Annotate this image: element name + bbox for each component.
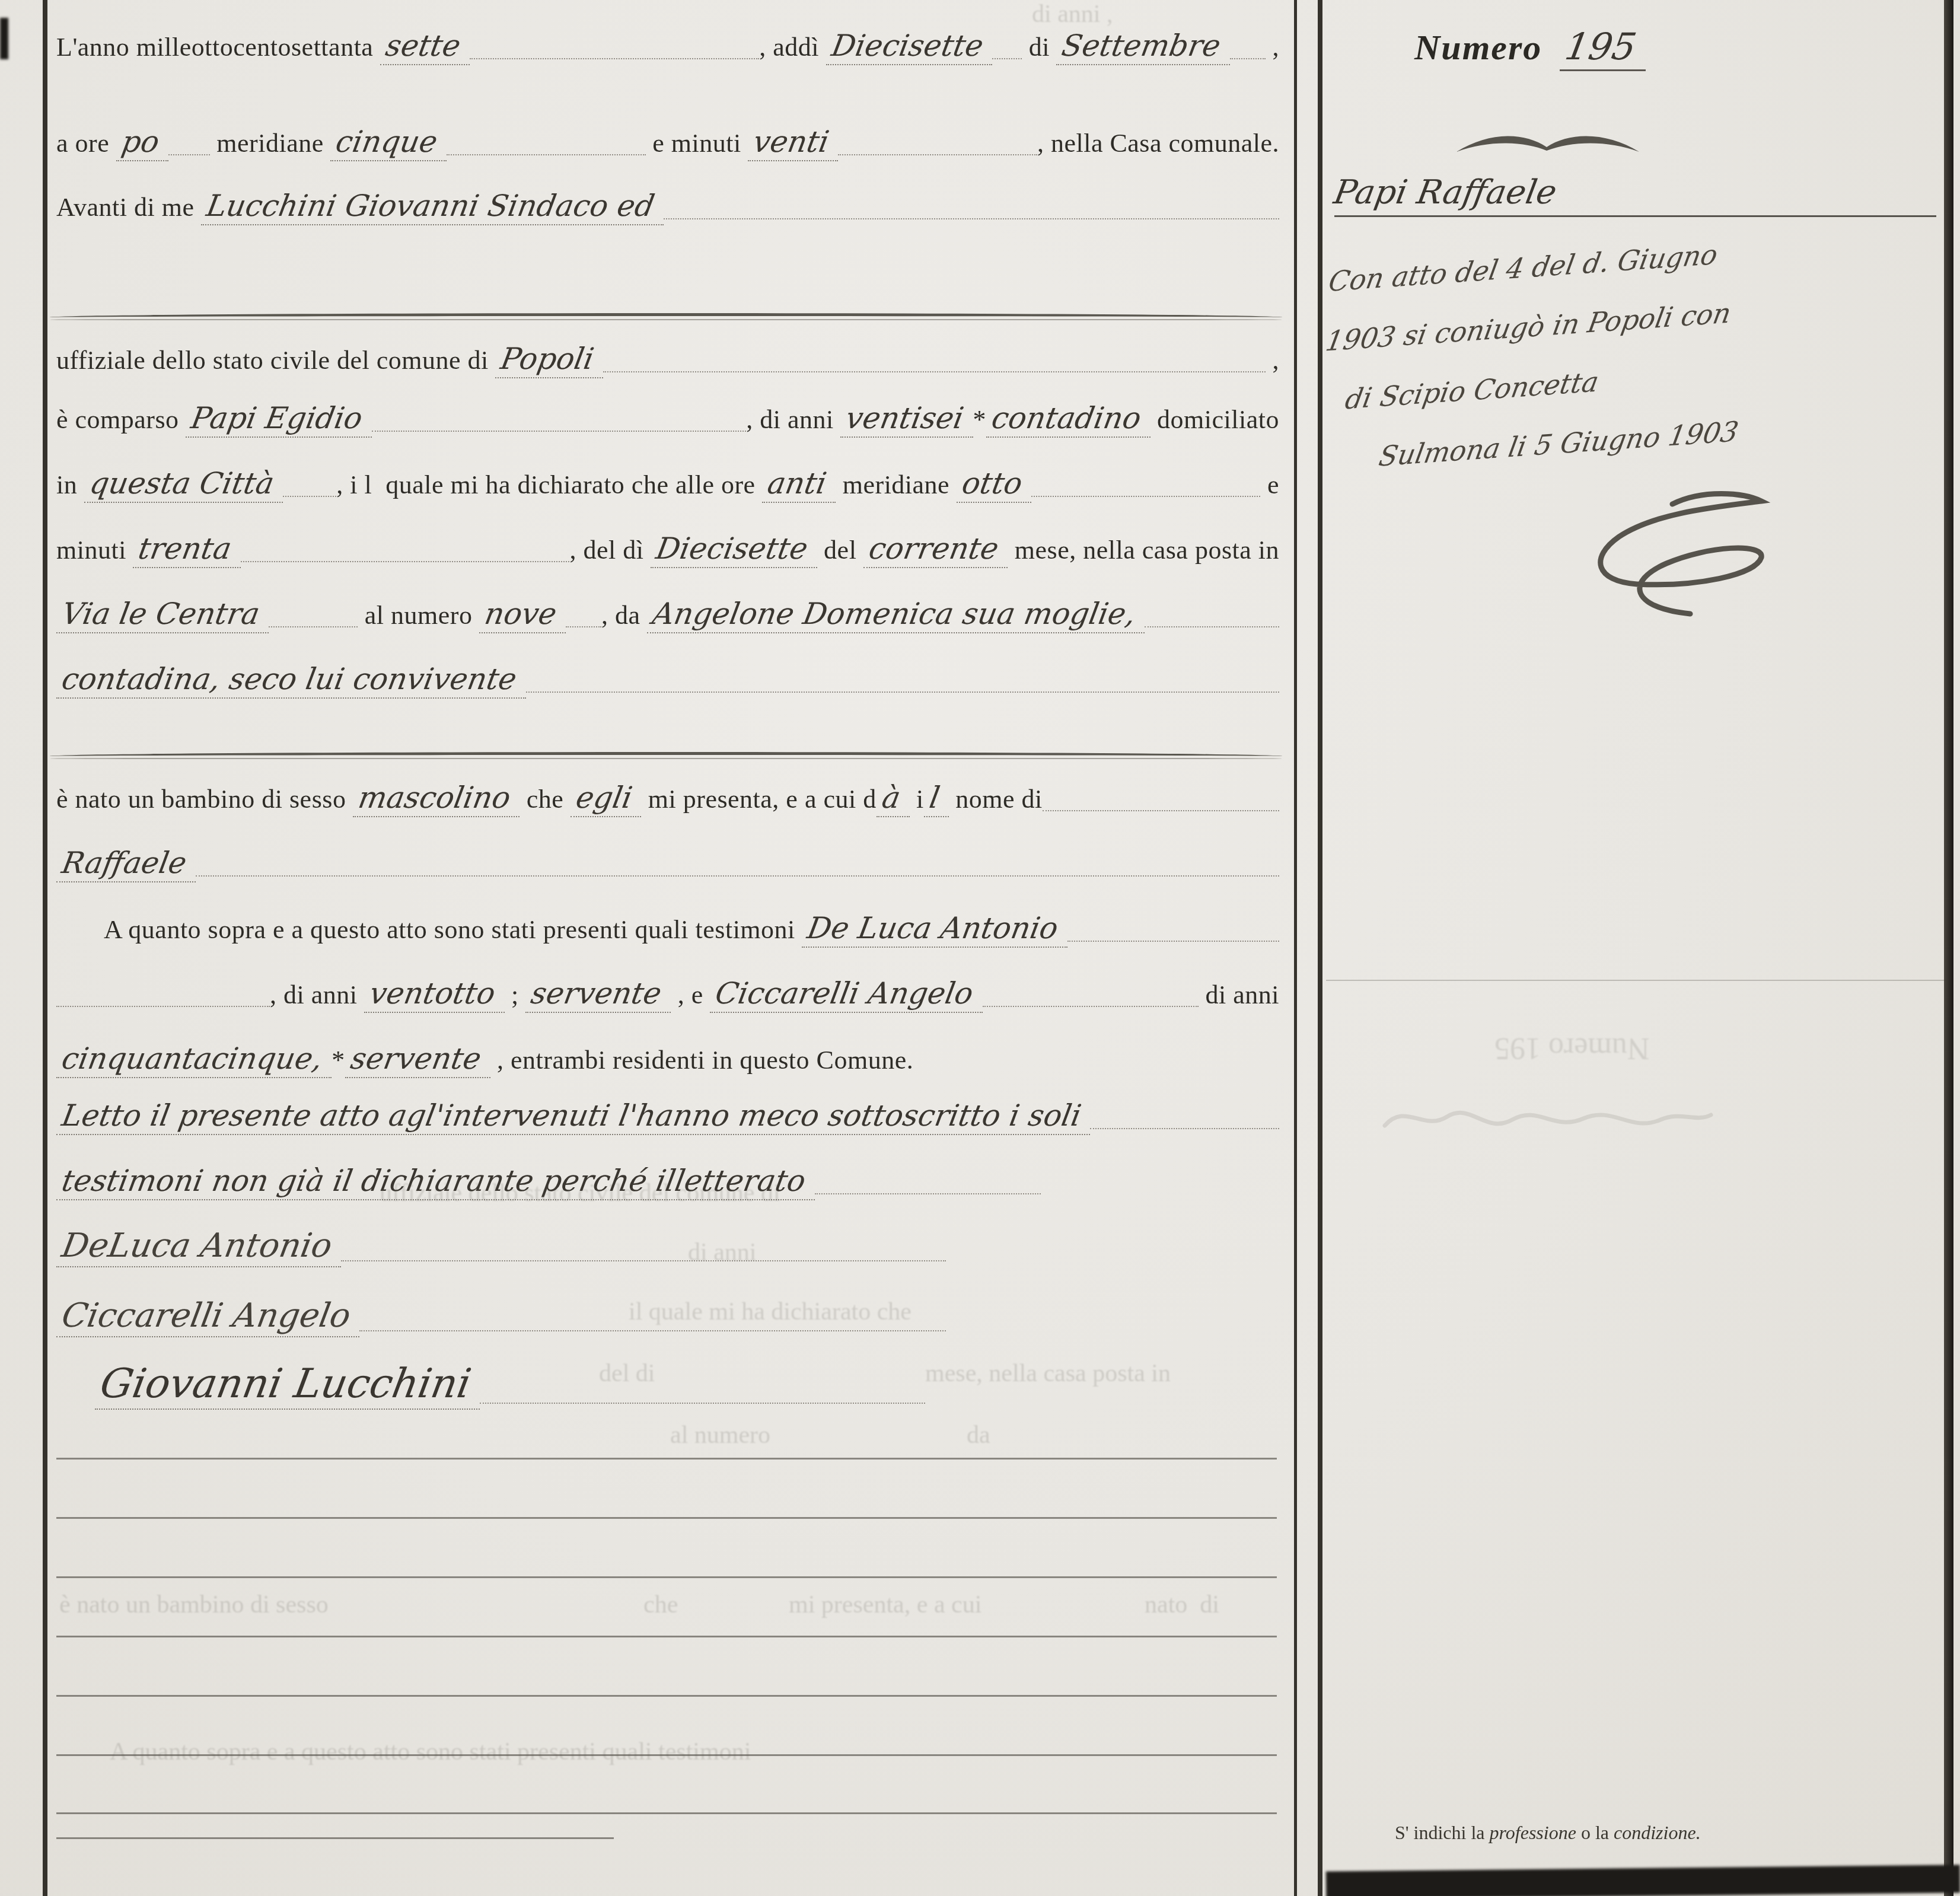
printed-meridiane: meridiane xyxy=(836,470,956,500)
bleedthrough-text: di anni , xyxy=(1032,0,1113,28)
empty-ruled-line xyxy=(56,1517,1277,1519)
blank-rule xyxy=(168,152,210,155)
official-signature: Giovanni Lucchini xyxy=(95,1360,480,1410)
blank-rule xyxy=(283,493,336,497)
blank-rule xyxy=(566,624,601,627)
handwriting-day: Diecisette xyxy=(828,28,986,63)
printed-addi: , addì xyxy=(759,32,826,62)
fill-birth-day: Diecisette xyxy=(651,531,817,568)
handwriting-street: Via le Centra xyxy=(59,597,262,631)
fill-witness1-name: De Luca Antonio xyxy=(802,911,1067,948)
act-line-time: a ore po meridiane cinque e minuti venti… xyxy=(56,125,1279,161)
printed-che: che xyxy=(520,784,571,814)
act-line-newborn: è nato un bambino di sesso mascolino che… xyxy=(56,780,1279,817)
handwriting-child-name: Raffaele xyxy=(59,846,189,880)
fill-minutes: venti xyxy=(748,125,838,161)
fill-comune: Popoli xyxy=(495,342,603,378)
fill-birth-meridian-prefix: anti xyxy=(762,466,836,503)
handwriting-official-name: Lucchini Giovanni Sindaco ed xyxy=(204,189,657,223)
handwriting-witness2-age: cinquantacinque, xyxy=(59,1041,325,1076)
printed-entrambi-residenti: , entrambi residenti in questo Comune. xyxy=(490,1045,914,1075)
blank-rule xyxy=(56,1003,270,1007)
bleedthrough-text: mi presenta, e a cui xyxy=(789,1591,981,1619)
fill-birth-month: corrente xyxy=(863,531,1008,568)
printed-domiciliato: domiciliato xyxy=(1150,404,1279,435)
blank-rule xyxy=(1043,808,1279,811)
handwriting-birth-hour: otto xyxy=(960,466,1025,501)
act-line-residence: in questa Città , i l quale mi ha dichia… xyxy=(56,466,1279,503)
handwriting-note-3: di Scipio Concetta xyxy=(1343,365,1601,416)
printed-avanti-di-me: Avanti di me xyxy=(56,192,201,222)
bleedthrough-text: di anni xyxy=(688,1238,756,1267)
handwriting-note-2: 1903 si coniugò in Popoli con xyxy=(1323,297,1733,358)
printed-mi-presenta: mi presenta, e a cui d xyxy=(641,784,876,814)
handwriting-witness1-age: ventotto xyxy=(367,976,498,1011)
act-line-witness2-details: cinquantacinque, * servente , entrambi r… xyxy=(56,1041,1279,1078)
handwriting-witness2-name: Ciccarelli Angelo xyxy=(713,976,976,1011)
blank-rule xyxy=(1031,493,1260,497)
blank-rule xyxy=(603,369,1266,372)
printed-semicolon: ; xyxy=(505,980,526,1010)
printed-e: e xyxy=(1260,470,1279,500)
act-line-closing-1: Letto il presente atto agl'intervenuti l… xyxy=(56,1098,1279,1135)
handwriting-month: Settembre xyxy=(1059,28,1223,63)
printed-comma: , xyxy=(1266,32,1279,62)
printed-di-anni: , di anni xyxy=(270,980,364,1010)
empty-ruled-line-short xyxy=(56,1837,614,1839)
handwriting-birth-day: Diecisette xyxy=(654,531,811,566)
margin-note-line: Sulmona li 5 Giugno 1903 xyxy=(1378,401,1940,473)
handwriting-margin-name: Papi Raffaele xyxy=(1331,173,1560,212)
fill-street: Via le Centra xyxy=(56,597,269,633)
handwriting-declarant-name: Papi Egidio xyxy=(189,401,365,435)
fill-il-suffix: l xyxy=(924,780,949,817)
printed-da: , da xyxy=(601,600,647,630)
handwriting-sex: mascolino xyxy=(356,780,514,815)
printed-e: , e xyxy=(671,980,710,1010)
bleedthrough-text: del di xyxy=(599,1359,655,1388)
fill-da-suffix: à xyxy=(877,780,910,817)
empty-ruled-line xyxy=(56,1458,1277,1460)
fill-witness1-age: ventotto xyxy=(364,976,505,1013)
handwriting-presenter: egli xyxy=(573,780,635,815)
handwriting-comune: Popoli xyxy=(498,342,597,376)
bleedthrough-text: è nato un bambino di sesso xyxy=(59,1591,329,1619)
handwriting-signature-official: Giovanni Lucchini xyxy=(97,1360,474,1407)
bleedthrough-script-squiggle xyxy=(1382,1090,1714,1143)
fill-presenter: egli xyxy=(571,780,642,817)
printed-testimoni-intro: A quanto sopra e a questo atto sono stat… xyxy=(104,914,802,945)
bleedthrough-numero: Numero 195 xyxy=(1494,1031,1649,1066)
bleedthrough-text: mese, nella casa posta in xyxy=(925,1359,1171,1388)
numero-value-fill: 195 xyxy=(1560,25,1645,71)
fill-birth-hour: otto xyxy=(957,466,1031,503)
printed-minuti: minuti xyxy=(56,535,133,565)
blank-rule xyxy=(269,624,358,627)
fill-mother-profession: contadina, seco lui convivente xyxy=(56,662,526,699)
handwriting-birth-minutes: trenta xyxy=(136,531,234,566)
blank-rule xyxy=(196,873,1279,877)
fill-month: Settembre xyxy=(1056,28,1230,65)
handwriting-mother-profession: contadina, seco lui convivente xyxy=(59,662,520,696)
handwriting-minutes: venti xyxy=(751,125,831,159)
empty-ruled-line xyxy=(56,1576,1277,1578)
handwriting-residence: questa Città xyxy=(87,466,277,501)
witness1-signature-row: DeLuca Antonio xyxy=(56,1226,946,1267)
handwriting-witness1-name: De Luca Antonio xyxy=(805,911,1061,945)
blank-rule xyxy=(480,1400,925,1404)
handwriting-signature-witness1: DeLuca Antonio xyxy=(59,1226,335,1265)
handwriting-declarant-age: ventisei xyxy=(843,401,967,435)
blank-rule xyxy=(359,1328,946,1331)
blank-rule xyxy=(1230,56,1266,59)
act-line-declarant: è comparso Papi Egidio , di anni ventise… xyxy=(56,401,1279,438)
main-column-left-rule xyxy=(43,0,47,1896)
fill-declarant-name: Papi Egidio xyxy=(186,401,372,438)
printed-in: in xyxy=(56,470,84,500)
handwriting-hour: cinque xyxy=(333,125,440,159)
blank-rule xyxy=(664,216,1279,219)
official-signature-row: Giovanni Lucchini xyxy=(95,1360,925,1410)
handwriting-witness1-profession: servente xyxy=(528,976,664,1011)
printed-casa-comunale: , nella Casa comunale. xyxy=(1037,128,1279,158)
printed-year-prefix: L'anno milleottocentosettanta xyxy=(56,32,380,62)
fill-house-number: nove xyxy=(479,597,566,633)
printed-casa-posta: mese, nella casa posta in xyxy=(1008,535,1279,565)
act-line-child-name: Raffaele xyxy=(56,846,1279,882)
handwriting-declarant-profession: contadino xyxy=(989,401,1144,435)
fill-mother-name: Angelone Domenica sua moglie, xyxy=(647,597,1145,633)
handwriting-signature-witness2: Ciccarelli Angelo xyxy=(59,1296,353,1335)
footnote-text-italic: condizione. xyxy=(1614,1822,1701,1843)
section-separator-line xyxy=(50,313,1282,322)
handwriting-note-1: Con atto del 4 del d. Giugno xyxy=(1326,238,1720,298)
printed-comma: , xyxy=(1266,345,1279,375)
fill-closing-sentence-1: Letto il presente atto agl'intervenuti l… xyxy=(56,1098,1090,1135)
printed-e-nato: è nato un bambino di sesso xyxy=(56,784,353,814)
printed-al-numero: al numero xyxy=(358,600,479,630)
top-left-scan-mark xyxy=(0,18,8,59)
act-line-opening: L'anno milleottocentosettanta sette , ad… xyxy=(56,28,1279,65)
act-line-comune: uffiziale dello stato civile del comune … xyxy=(56,342,1279,378)
blank-rule xyxy=(983,1003,1199,1007)
handwriting-birth-month: corrente xyxy=(866,531,1002,566)
column-divider-rule-inner xyxy=(1294,0,1297,1896)
bleedthrough-text: il quale mi ha dichiarato che xyxy=(629,1298,912,1326)
act-line-official: Avanti di me Lucchini Giovanni Sindaco e… xyxy=(56,189,1279,225)
footnote-text-italic: professione xyxy=(1490,1822,1576,1843)
fill-declarant-age: ventisei xyxy=(840,401,973,438)
blank-rule xyxy=(838,152,1037,155)
page-right-edge xyxy=(1944,0,1953,1896)
handwriting-il-suffix: l xyxy=(927,780,942,815)
fill-sex: mascolino xyxy=(353,780,520,817)
margin-note-line: di Scipio Concetta xyxy=(1344,342,1936,415)
handwriting-mother-name: Angelone Domenica sua moglie, xyxy=(650,597,1139,631)
bleedthrough-text: che xyxy=(643,1591,678,1619)
printed-di-anni: di anni xyxy=(1199,980,1279,1010)
empty-ruled-line xyxy=(56,1636,1277,1637)
printed-dichiarato: , i l quale mi ha dichiarato che alle or… xyxy=(336,470,762,500)
fill-residence: questa Città xyxy=(84,466,283,503)
bleedthrough-text: da xyxy=(967,1421,990,1449)
printed-e-comparso: è comparso xyxy=(56,404,186,435)
fill-day: Diecisette xyxy=(826,28,993,65)
act-line-address: Via le Centra al numero nove , da Angelo… xyxy=(56,597,1279,633)
bottom-scan-shadow xyxy=(1326,1865,1960,1896)
printed-i: i xyxy=(910,784,924,814)
column-divider-rule-outer xyxy=(1318,0,1322,1896)
handwriting-note-4: Sulmona li 5 Giugno 1903 xyxy=(1376,415,1741,473)
printed-di: di xyxy=(1022,32,1056,62)
fill-witness2-name: Ciccarelli Angelo xyxy=(710,976,982,1013)
margin-signature-flourish xyxy=(1566,486,1791,629)
fill-official-name: Lucchini Giovanni Sindaco ed xyxy=(201,189,664,225)
fill-declarant-profession: contadino xyxy=(986,401,1150,438)
witness2-signature: Ciccarelli Angelo xyxy=(56,1296,359,1337)
handwriting-closing-1: Letto il presente atto agl'intervenuti l… xyxy=(59,1098,1084,1133)
printed-del: del xyxy=(817,535,863,565)
handwriting-year: sette xyxy=(383,28,463,63)
fill-hour: cinque xyxy=(330,125,447,161)
fill-birth-minutes: trenta xyxy=(133,531,241,568)
handwriting-meridian-prefix: po xyxy=(119,125,162,159)
printed-meridiane: meridiane xyxy=(210,128,330,158)
fill-child-name: Raffaele xyxy=(56,846,196,882)
blank-rule xyxy=(447,152,646,155)
blank-rule xyxy=(470,56,759,59)
act-line-mother-profession: contadina, seco lui convivente xyxy=(56,662,1279,699)
fill-witness2-profession: servente xyxy=(345,1041,490,1078)
margin-annotation: Con atto del 4 del d. Giugno 1903 si con… xyxy=(1328,224,1942,502)
printed-e-minuti: e minuti xyxy=(646,128,748,158)
handwriting-witness2-profession: servente xyxy=(348,1041,484,1076)
bleedthrough-text: A quanto sopra e a questo atto sono stat… xyxy=(110,1738,751,1766)
handwriting-da-suffix: à xyxy=(879,780,903,815)
margin-note-line: Con atto del 4 del d. Giugno xyxy=(1328,224,1927,297)
blank-rule xyxy=(526,689,1279,693)
blank-rule xyxy=(815,1191,1041,1194)
numero-label: Numero xyxy=(1414,27,1542,68)
printed-asterisk: * xyxy=(973,404,987,435)
margin-note-line: 1903 si coniugò in Popoli con xyxy=(1325,283,1932,357)
fill-witness2-age: cinquantacinque, xyxy=(56,1041,332,1078)
handwriting-act-number: 195 xyxy=(1562,25,1640,68)
blank-rule xyxy=(241,559,569,562)
empty-ruled-line xyxy=(56,1695,1277,1697)
act-line-witnesses: A quanto sopra e a questo atto sono stat… xyxy=(104,911,1279,948)
margin-faint-rule xyxy=(1326,980,1949,981)
footnote-text: S' indichi la xyxy=(1395,1822,1490,1843)
numero-header: Numero 195 xyxy=(1414,25,1646,71)
printed-uffiziale: uffiziale dello stato civile del comune … xyxy=(56,345,495,375)
printed-di-anni: , di anni xyxy=(746,404,840,435)
blank-rule xyxy=(372,428,746,432)
margin-footnote: S' indichi la professione o la condizion… xyxy=(1395,1822,1701,1844)
blank-rule xyxy=(1067,938,1279,942)
bleedthrough-text: uffiziale dello stato civile del comune … xyxy=(380,1179,780,1207)
witness1-signature: DeLuca Antonio xyxy=(56,1226,341,1267)
empty-ruled-line xyxy=(56,1812,1277,1814)
blank-rule xyxy=(1145,624,1279,627)
fill-meridian-prefix: po xyxy=(116,125,168,161)
blank-rule xyxy=(1090,1126,1279,1129)
footnote-text: o la xyxy=(1576,1822,1614,1843)
handwriting-birth-meridian-prefix: anti xyxy=(765,466,829,501)
act-line-witness1-details: , di anni ventotto ; servente , e Ciccar… xyxy=(56,976,1279,1013)
margin-name-row: Papi Raffaele xyxy=(1334,173,1936,217)
handwriting-house-number: nove xyxy=(482,597,559,631)
flourish-brace xyxy=(1453,130,1643,158)
blank-rule xyxy=(992,56,1022,59)
blank-rule xyxy=(341,1258,946,1261)
printed-del-di: , del dì xyxy=(569,535,650,565)
printed-nome-di: nome di xyxy=(949,784,1043,814)
printed-asterisk: * xyxy=(332,1045,345,1075)
act-line-birth-time: minuti trenta , del dì Diecisette del co… xyxy=(56,531,1279,568)
bleedthrough-text: nato di xyxy=(1145,1591,1219,1619)
fill-witness1-profession: servente xyxy=(525,976,671,1013)
bleedthrough-text: al numero xyxy=(670,1421,770,1449)
printed-a-ore: a ore xyxy=(56,128,116,158)
section-separator-line xyxy=(50,752,1282,761)
fill-year: sette xyxy=(380,28,470,65)
scanned-birth-record-page: L'anno milleottocentosettanta sette , ad… xyxy=(0,0,1960,1896)
